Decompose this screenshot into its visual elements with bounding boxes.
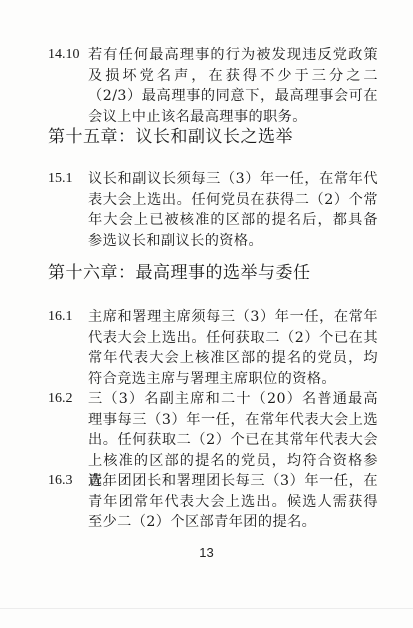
document-page: 14.10 若有任何最高理事的行为被发现违反党政策及损坏党名声，在获得不少于三分…: [0, 0, 413, 628]
clause-number: 16.1: [48, 307, 73, 328]
clause-number: 16.3: [48, 471, 73, 492]
clause-14-10: 14.10 若有任何最高理事的行为被发现违反党政策及损坏党名声，在获得不少于三分…: [48, 45, 378, 127]
clause-15-1: 15.1 议长和副议长须每三（3）年一任，在常年代表大会上选出。任何党员在获得二…: [48, 169, 378, 251]
chapter-15-title: 第十五章：议长和副议长之选举: [48, 126, 293, 148]
clause-text: 主席和署理主席须每三（3）年一任，在常年代表大会上选出。任何获取二（2）个已在其…: [88, 307, 378, 389]
clause-number: 15.1: [48, 169, 73, 190]
clause-number: 16.2: [48, 389, 73, 410]
clause-16-3: 16.3 青年团团长和署理团长每三（3）年一任，在青年团常年代表大会上选出。候选…: [48, 471, 378, 533]
page-number: 13: [0, 545, 413, 560]
clause-text: 青年团团长和署理团长每三（3）年一任，在青年团常年代表大会上选出。候选人需获得至…: [88, 471, 378, 533]
chapter-16-title: 第十六章：最高理事的选举与委任: [48, 262, 311, 284]
clause-text: 若有任何最高理事的行为被发现违反党政策及损坏党名声，在获得不少于三分之二（2/3…: [88, 45, 378, 127]
page-edge-line: [0, 608, 413, 609]
clause-text: 议长和副议长须每三（3）年一任，在常年代表大会上选出。任何党员在获得二（2）个常…: [88, 169, 378, 251]
clause-16-1: 16.1 主席和署理主席须每三（3）年一任，在常年代表大会上选出。任何获取二（2…: [48, 307, 378, 389]
clause-number: 14.10: [48, 45, 80, 66]
